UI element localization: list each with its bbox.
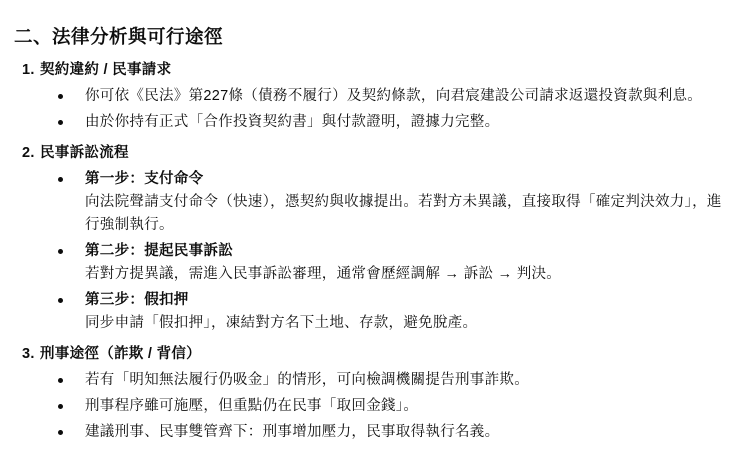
section-civil-procedure: 2. 民事訴訟流程 第一步：支付命令 向法院聲請支付命令（快速），憑契約與收據提…: [14, 142, 735, 335]
step-title: 第一步：支付命令: [85, 168, 735, 191]
list-item: 第二步：提起民事訴訟 若對方提異議，需進入民事訴訟審理，通常會歷經調解 → 訴訟…: [58, 240, 735, 286]
section-heading-row: 2. 民事訴訟流程: [22, 142, 735, 165]
section-number: 3.: [22, 343, 40, 366]
bullet-text: 建議刑事、民事雙管齊下：刑事增加壓力，民事取得執行名義。: [85, 424, 499, 440]
bullet-list: 若有「明知無法履行仍吸金」的情形，可向檢調機關提告刑事詐欺。 刑事程序雖可施壓，…: [14, 369, 735, 444]
section-heading: 契約違約 / 民事請求: [40, 59, 171, 82]
bullet-icon: [58, 249, 63, 254]
bullet-icon: [58, 120, 63, 125]
step-description: 若對方提異議，需進入民事訴訟審理，通常會歷經調解 → 訴訟 → 判決。: [85, 263, 561, 286]
list-item: 建議刑事、民事雙管齊下：刑事增加壓力，民事取得執行名義。: [58, 421, 735, 444]
section-number: 1.: [22, 59, 40, 82]
list-item: 你可依《民法》第227條（債務不履行）及契約條款，向君宸建設公司請求返還投資款與…: [58, 85, 735, 108]
section-heading: 刑事途徑（詐欺 / 背信）: [40, 343, 201, 366]
bullet-icon: [58, 177, 63, 182]
bullet-icon: [58, 94, 63, 99]
section-criminal-route: 3. 刑事途徑（詐欺 / 背信） 若有「明知無法履行仍吸金」的情形，可向檢調機關…: [14, 343, 735, 444]
step-description: 向法院聲請支付命令（快速），憑契約與收據提出。若對方未異議，直接取得「確定判決效…: [85, 191, 735, 237]
bullet-icon: [58, 378, 63, 383]
step-description: 同步申請「假扣押」，凍結對方名下土地、存款，避免脫產。: [85, 312, 477, 335]
list-item: 第三步：假扣押 同步申請「假扣押」，凍結對方名下土地、存款，避免脫產。: [58, 289, 735, 335]
section-heading-row: 3. 刑事途徑（詐欺 / 背信）: [22, 343, 735, 366]
bullet-text: 刑事程序雖可施壓，但重點仍在民事「取回金錢」。: [85, 398, 418, 414]
document-body: 二、法律分析與可行途徑 1. 契約違約 / 民事請求 你可依《民法》第227條（…: [0, 0, 740, 444]
list-item: 若有「明知無法履行仍吸金」的情形，可向檢調機關提告刑事詐欺。: [58, 369, 735, 392]
page-title: 二、法律分析與可行途徑: [14, 24, 735, 49]
section-heading-row: 1. 契約違約 / 民事請求: [22, 59, 735, 82]
bullet-icon: [58, 404, 63, 409]
step-title: 第二步：提起民事訴訟: [85, 240, 561, 263]
bullet-text: 你可依《民法》第227條（債務不履行）及契約條款，向君宸建設公司請求返還投資款與…: [85, 88, 702, 104]
bullet-text: 若有「明知無法履行仍吸金」的情形，可向檢調機關提告刑事詐欺。: [85, 372, 529, 388]
list-item: 刑事程序雖可施壓，但重點仍在民事「取回金錢」。: [58, 395, 735, 418]
bullet-list: 第一步：支付命令 向法院聲請支付命令（快速），憑契約與收據提出。若對方未異議，直…: [14, 168, 735, 335]
bullet-icon: [58, 298, 63, 303]
section-number: 2.: [22, 142, 40, 165]
section-heading: 民事訴訟流程: [40, 142, 129, 165]
section-contract-breach: 1. 契約違約 / 民事請求 你可依《民法》第227條（債務不履行）及契約條款，…: [14, 59, 735, 134]
step-title: 第三步：假扣押: [85, 289, 477, 312]
bullet-text: 由於你持有正式「合作投資契約書」與付款證明，證據力完整。: [85, 114, 499, 130]
list-item: 第一步：支付命令 向法院聲請支付命令（快速），憑契約與收據提出。若對方未異議，直…: [58, 168, 735, 237]
bullet-icon: [58, 430, 63, 435]
list-item: 由於你持有正式「合作投資契約書」與付款證明，證據力完整。: [58, 111, 735, 134]
bullet-list: 你可依《民法》第227條（債務不履行）及契約條款，向君宸建設公司請求返還投資款與…: [14, 85, 735, 134]
